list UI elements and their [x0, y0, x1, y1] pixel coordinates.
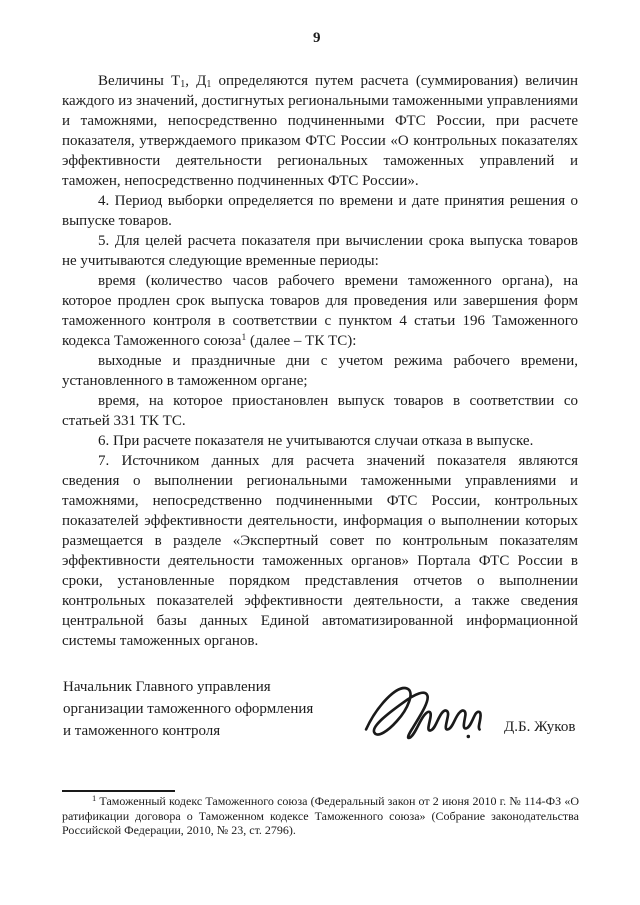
paragraph-weekends: выходные и праздничные дни с учетом режи…: [62, 351, 578, 391]
paragraph-item-6: 6. При расчете показателя не учитываются…: [62, 431, 578, 451]
signature-handwriting-icon: [362, 680, 500, 744]
paragraph-time-extension: время (количество часов рабочего времени…: [62, 271, 578, 351]
signatory-title: Начальник Главного управления организаци…: [63, 676, 313, 742]
paragraph-values-definition: Величины Т1, Д1 определяются путем расче…: [62, 71, 578, 191]
paragraph-suspended-release: время, на которое приостановлен выпуск т…: [62, 391, 578, 431]
signatory-title-line: и таможенного контроля: [63, 720, 313, 742]
signatory-title-line: Начальник Главного управления: [63, 676, 313, 698]
signatory-name: Д.Б. Жуков: [504, 719, 575, 736]
paragraph-text: Величины Т: [98, 73, 180, 89]
paragraph-text: (далее – ТК ТС):: [246, 333, 356, 349]
paragraph-item-7: 7. Источником данных для расчета значени…: [62, 451, 578, 651]
footnote-separator: [62, 790, 175, 792]
paragraph-item-4: 4. Период выборки определяется по времен…: [62, 191, 578, 231]
signatory-title-line: организации таможенного оформления: [63, 698, 313, 720]
paragraph-text: определяются путем расчета (суммирования…: [62, 73, 578, 189]
footnote-body: Таможенный кодекс Таможенного союза (Фед…: [62, 794, 579, 837]
footnote: 1 Таможенный кодекс Таможенного союза (Ф…: [62, 794, 579, 838]
footnote-text: 1 Таможенный кодекс Таможенного союза (Ф…: [62, 794, 579, 838]
paragraph-item-5: 5. Для целей расчета показателя при вычи…: [62, 231, 578, 271]
document-page: 9 Величины Т1, Д1 определяются путем рас…: [0, 0, 640, 905]
paragraph-text: , Д: [185, 73, 206, 89]
page-number: 9: [0, 30, 634, 47]
document-body: Величины Т1, Д1 определяются путем расче…: [62, 71, 578, 651]
